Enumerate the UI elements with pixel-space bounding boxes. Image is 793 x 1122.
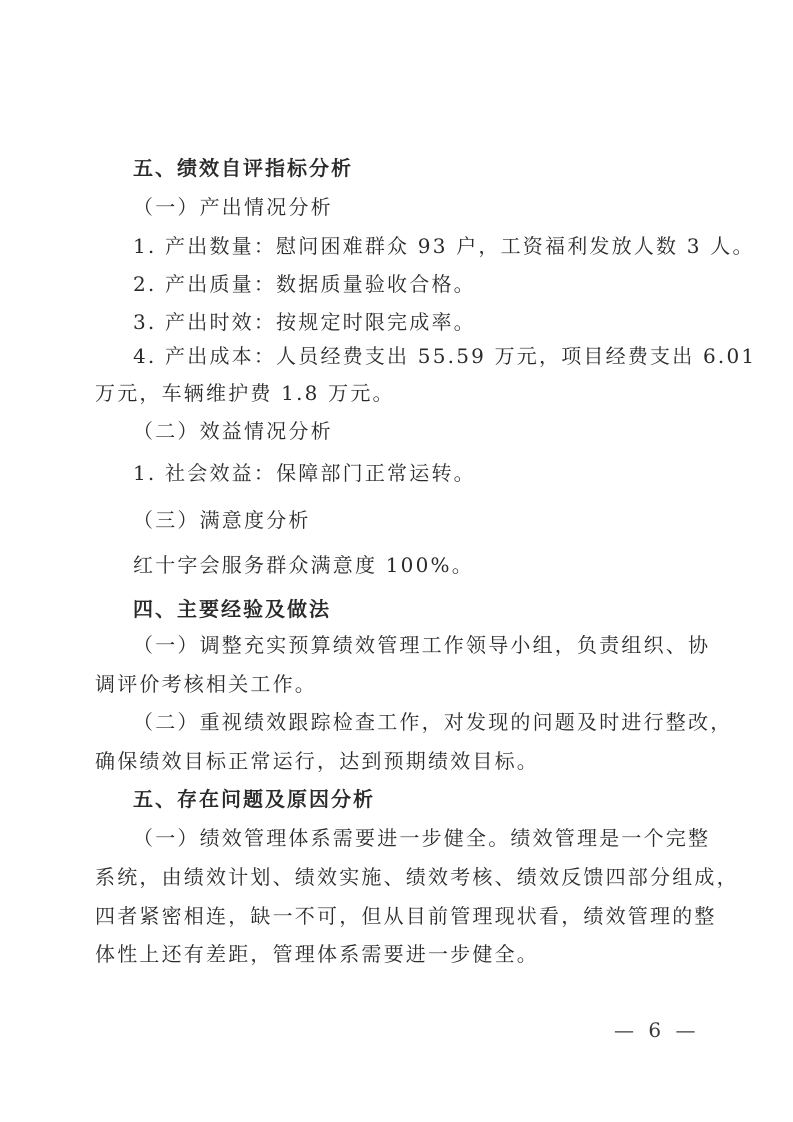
paragraph-line: 3. 产出时效：按规定时限完成率。 (133, 310, 476, 334)
subsection-heading: （二）效益情况分析 (133, 419, 333, 443)
paragraph-line: 系统，由绩效计划、绩效实施、绩效考核、绩效反馈四部分组成， (95, 865, 739, 889)
paragraph-line: 红十字会服务群众满意度 100%。 (133, 553, 474, 577)
paragraph-line: 4. 产出成本：人员经费支出 55.59 万元，项目经费支出 6.01 (133, 344, 756, 368)
paragraph-line: 万元，车辆维护费 1.8 万元。 (95, 381, 395, 405)
subsection-heading: （一）产出情况分析 (133, 195, 333, 219)
section-heading: 五、存在问题及原因分析 (133, 787, 375, 811)
paragraph-line: 体性上还有差距，管理体系需要进一步健全。 (95, 942, 539, 966)
subsection-heading: （三）满意度分析 (133, 508, 311, 532)
page-number: — 6 — (614, 1018, 699, 1042)
section-heading: 四、主要经验及做法 (133, 597, 331, 621)
paragraph-line: 确保绩效目标正常运行，达到预期绩效目标。 (95, 749, 539, 773)
paragraph-line: （一）调整充实预算绩效管理工作领导小组，负责组织、协 (133, 633, 710, 657)
paragraph-line: 1. 社会效益：保障部门正常运转。 (133, 461, 476, 485)
section-heading: 五、绩效自评指标分析 (133, 156, 353, 180)
paragraph-line: 四者紧密相连，缺一不可，但从目前管理现状看，绩效管理的整 (95, 904, 717, 928)
paragraph-line: 1. 产出数量：慰问困难群众 93 户，工资福利发放人数 3 人。 (133, 234, 755, 258)
paragraph-line: （二）重视绩效跟踪检查工作，对发现的问题及时进行整改， (133, 710, 732, 734)
paragraph-line: （一）绩效管理体系需要进一步健全。绩效管理是一个完整 (133, 826, 710, 850)
document-page: — 6 — 五、绩效自评指标分析（一）产出情况分析1. 产出数量：慰问困难群众 … (0, 0, 793, 1122)
paragraph-line: 2. 产出质量：数据质量验收合格。 (133, 272, 476, 296)
paragraph-line: 调评价考核相关工作。 (95, 672, 317, 696)
